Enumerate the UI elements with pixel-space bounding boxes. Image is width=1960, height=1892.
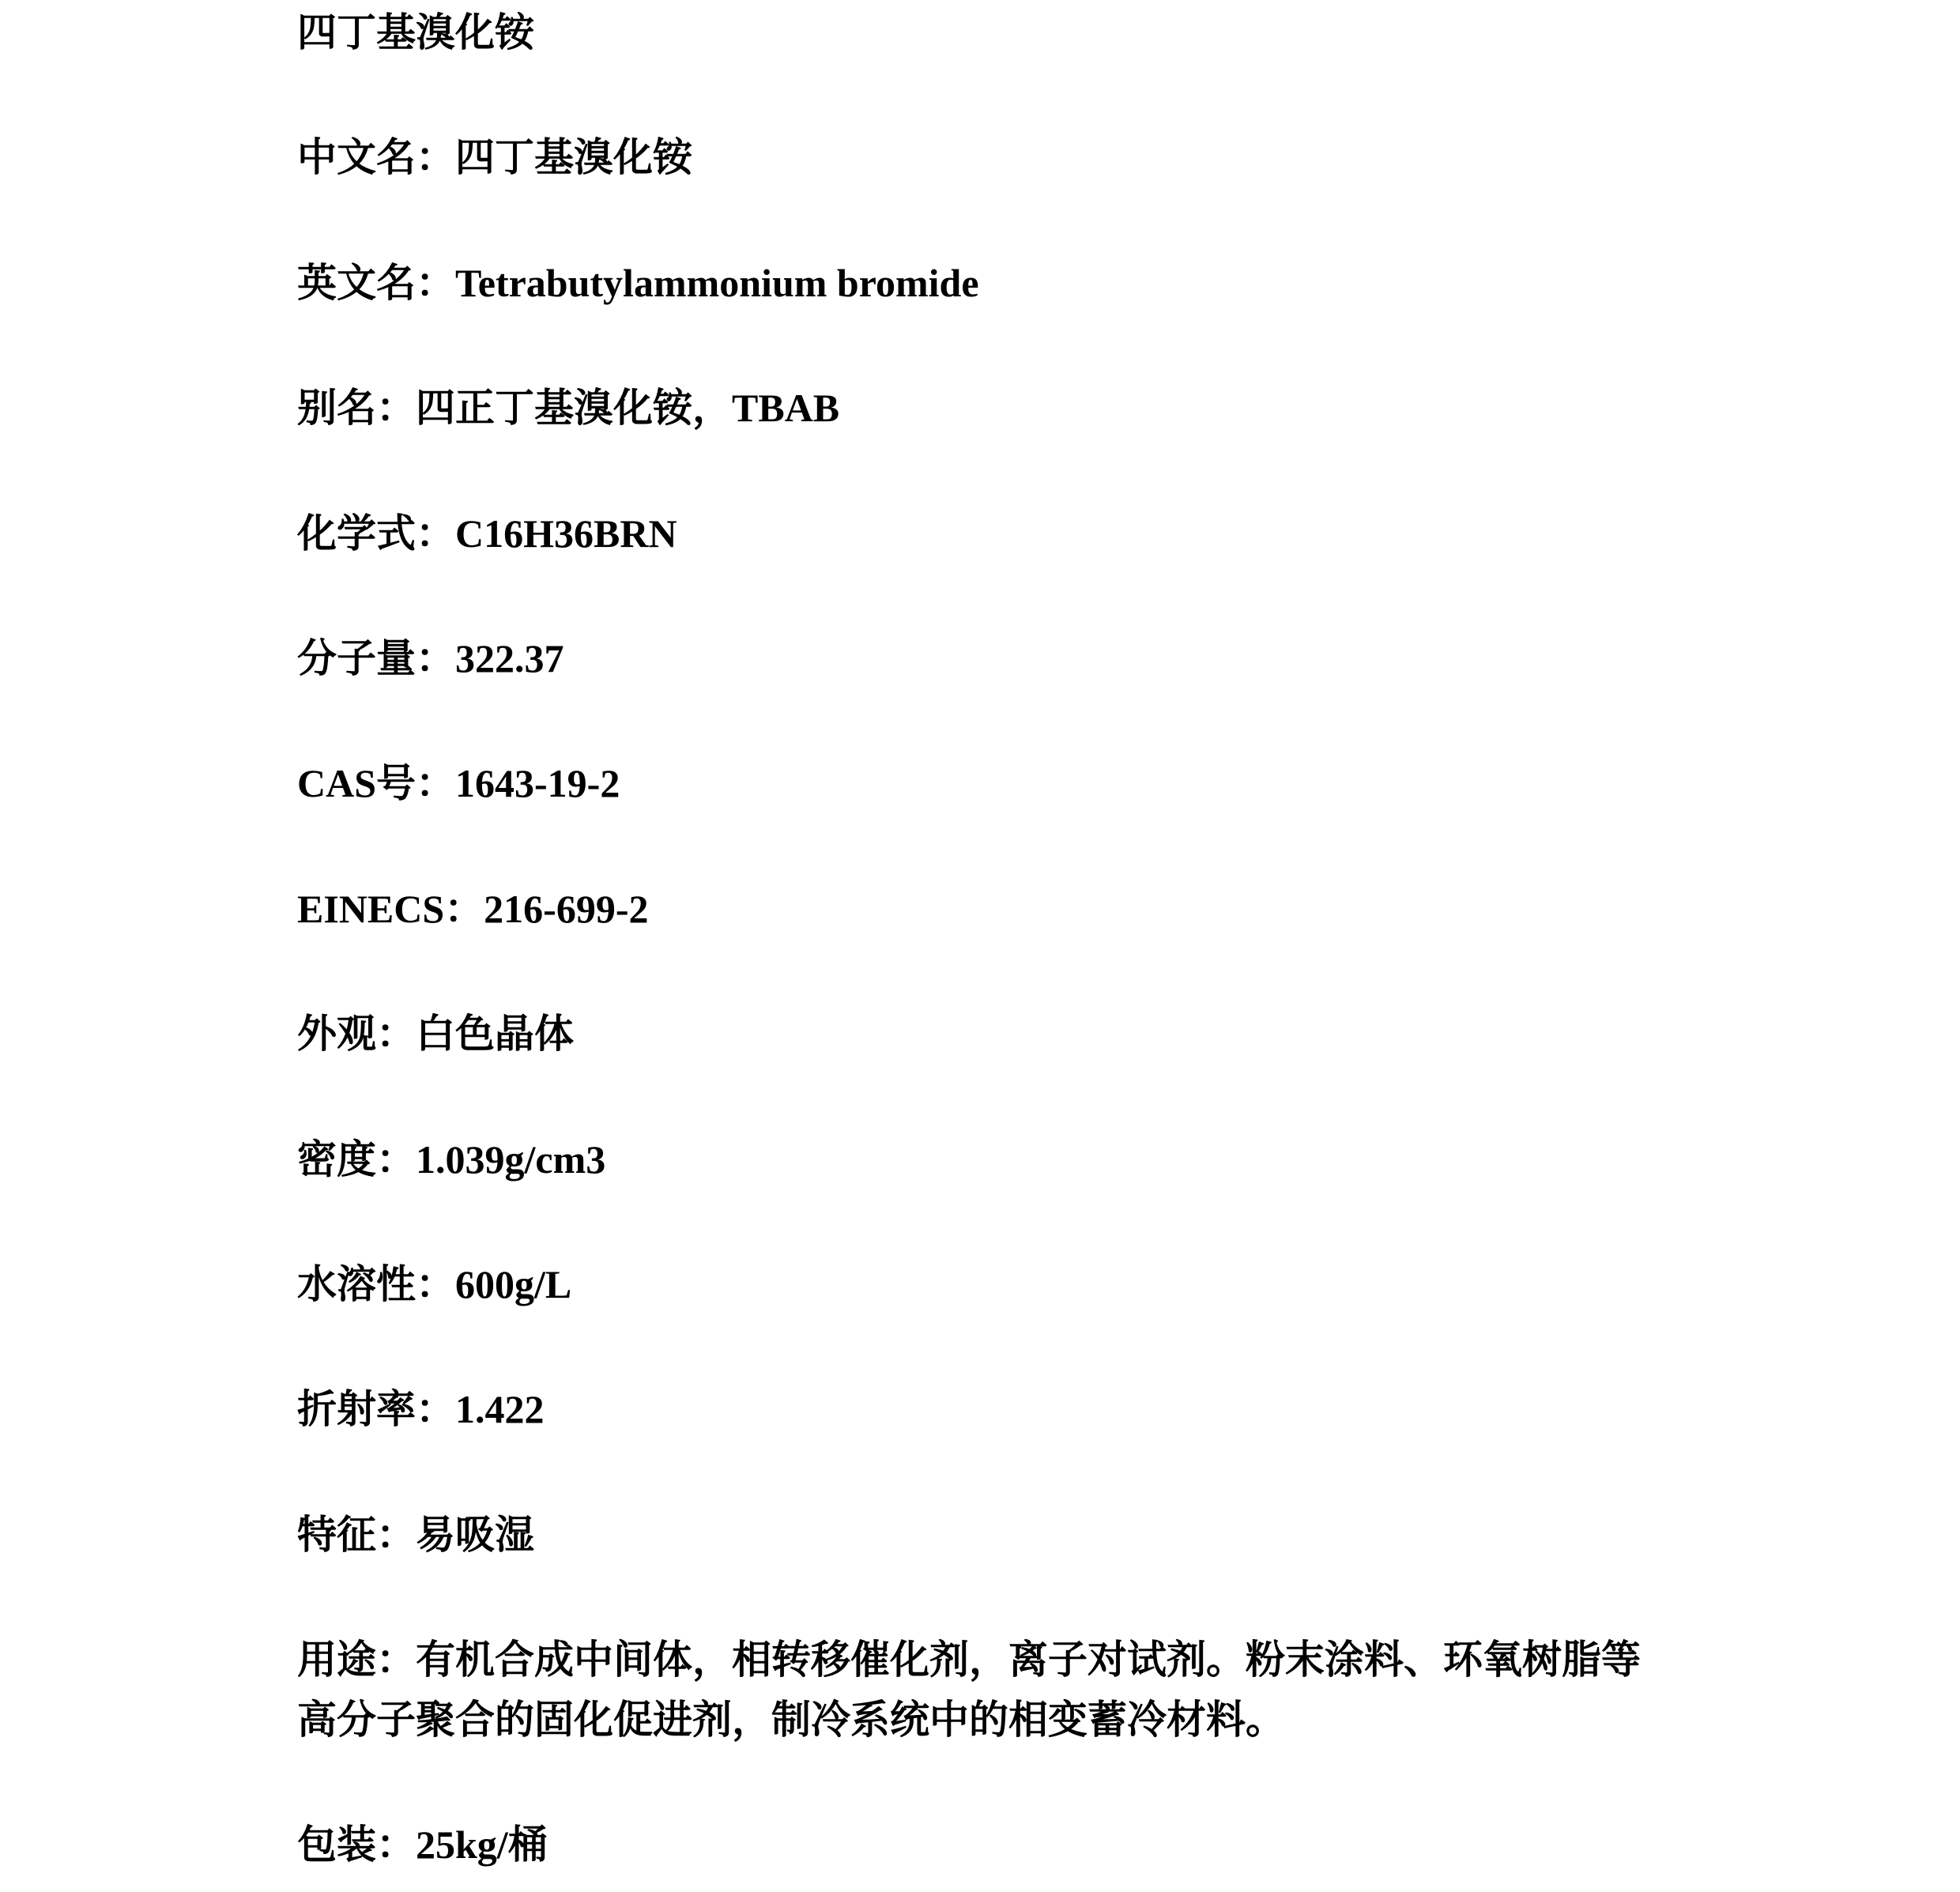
doc-line-packaging: 包装：25kg/桶 [297, 1815, 1960, 1875]
doc-line-einecs: EINECS：216-699-2 [297, 879, 1960, 939]
doc-line-water-solubility: 水溶性：600g/L [297, 1254, 1960, 1314]
doc-line-molecular-weight: 分子量：322.37 [297, 628, 1960, 688]
doc-line-feature: 特征：易吸湿 [297, 1505, 1960, 1565]
doc-line-refractive-index: 折射率：1.422 [297, 1379, 1960, 1439]
doc-title: 四丁基溴化铵 [297, 2, 1960, 62]
doc-line-appearance: 外观：白色晶体 [297, 1004, 1960, 1064]
doc-line-usage-2: 高分子聚合的固化促进剂，制冷系统中的相变蓄冷材料。 [297, 1690, 1960, 1750]
doc-line-chinese-name: 中文名：四丁基溴化铵 [297, 127, 1960, 187]
doc-line-cas-number: CAS号：1643-19-2 [297, 753, 1960, 813]
document-page: 四丁基溴化铵 中文名：四丁基溴化铵 英文名：Tetrabutylammonium… [0, 0, 1960, 1875]
doc-line-chemical-formula: 化学式：C16H36BRN [297, 503, 1960, 563]
doc-line-alias: 别名：四正丁基溴化铵，TBAB [297, 378, 1960, 438]
doc-line-usage-1: 用途：有机合成中间体，相转移催化剂，离子对试剂。粉末涂料、环氧树脂等 [297, 1630, 1960, 1690]
doc-line-english-name: 英文名：Tetrabutylammonium bromide [297, 253, 1960, 313]
doc-line-density: 密度：1.039g/cm3 [297, 1129, 1960, 1189]
